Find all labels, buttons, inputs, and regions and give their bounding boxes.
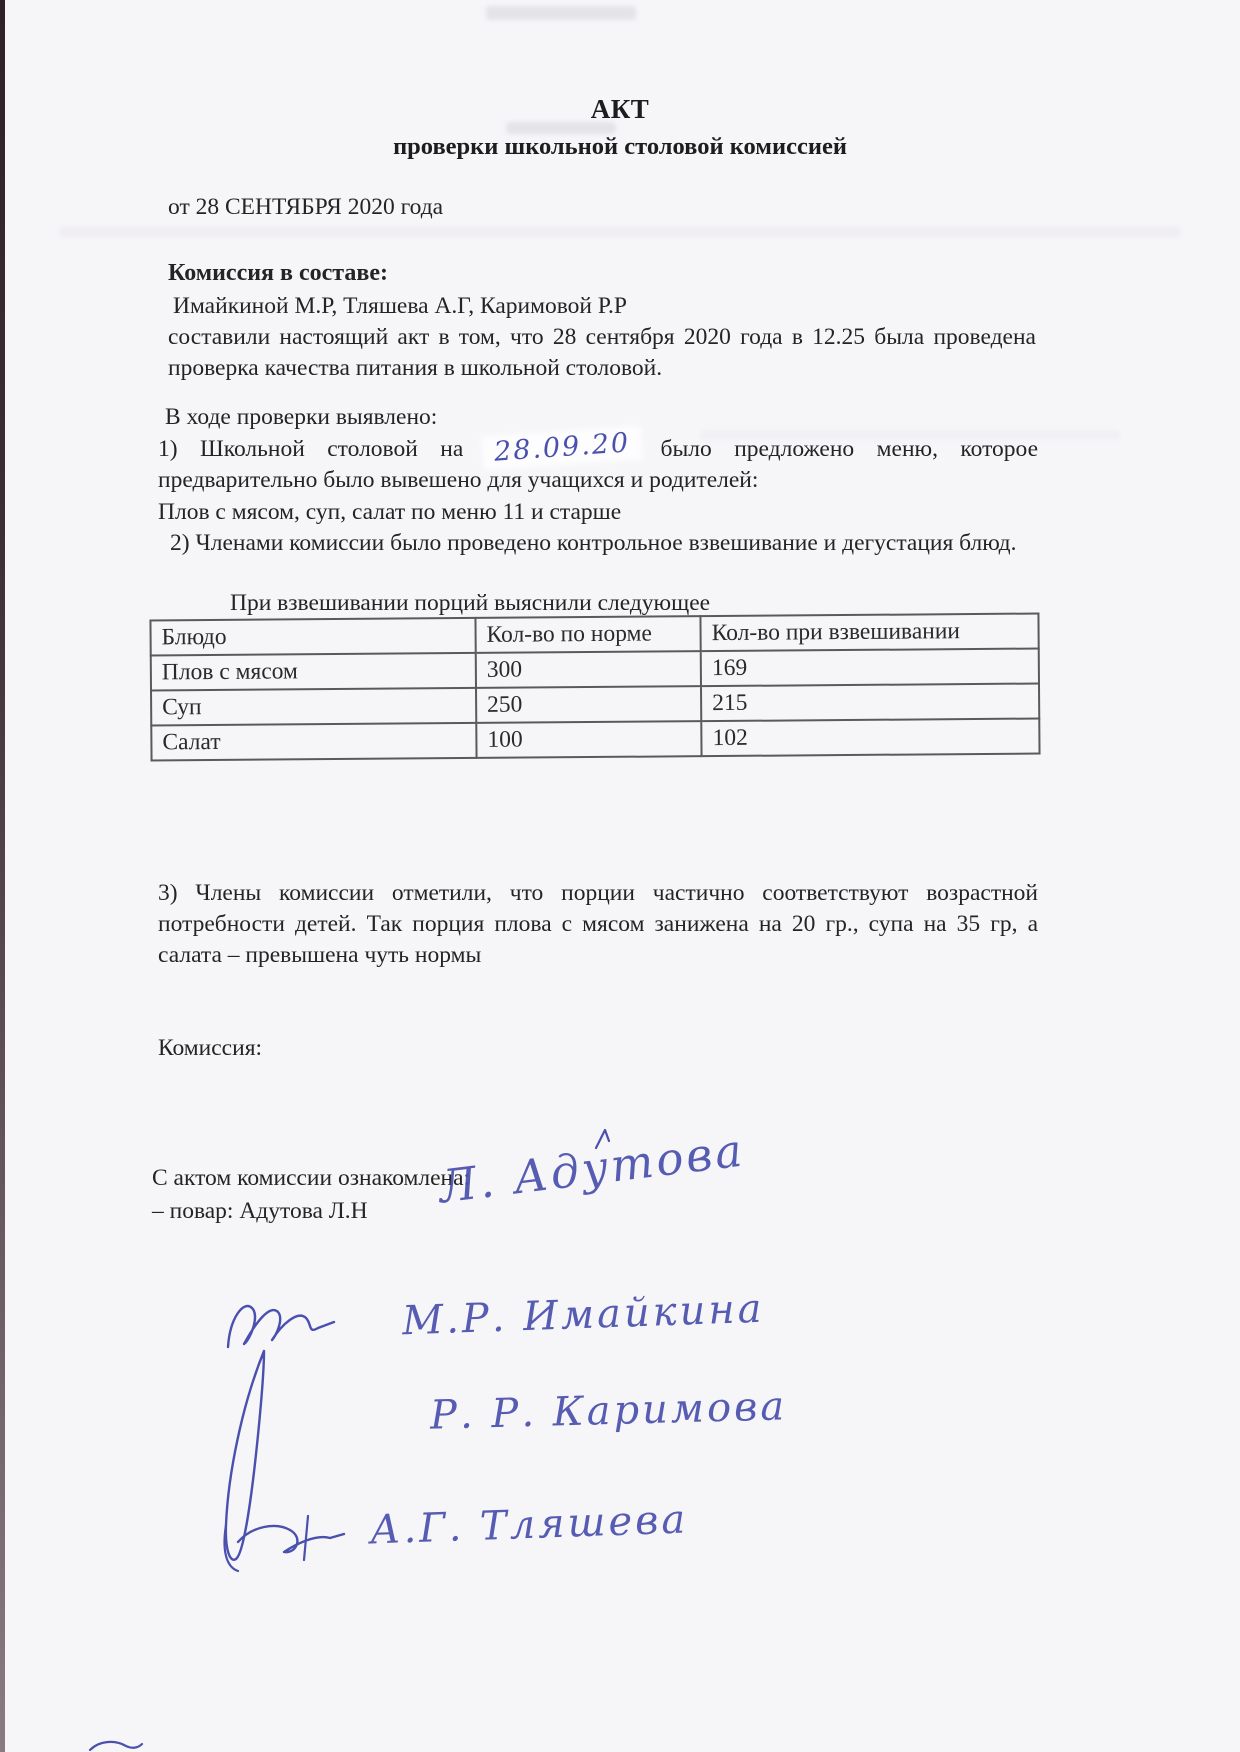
scan-artifact	[486, 6, 636, 20]
document-subtitle: проверки школьной столовой комиссией	[0, 133, 1240, 161]
cell-dish: Салат	[151, 723, 476, 761]
member-signature-handwriting: Р. Р. Каримова	[429, 1383, 787, 1438]
document-date-line: от 28 СЕНТЯБРЯ 2020 года	[168, 192, 443, 223]
finding-item-1: 1) Школьной столовой на 28.09.20 было пр…	[158, 434, 1038, 496]
cook-line: – повар: Адутова Л.Н	[152, 1196, 368, 1227]
table-row: Салат 100 102	[151, 719, 1039, 761]
header-dish: Блюдо	[150, 618, 475, 656]
cell-weighed: 102	[701, 719, 1039, 757]
commission-members: Имайкиной М.Р, Тляшева А.Г, Каримовой Р.…	[173, 291, 627, 322]
cell-norm: 300	[476, 651, 701, 688]
cell-weighed: 169	[701, 649, 1039, 687]
cell-weighed: 215	[701, 684, 1039, 722]
scanned-document-page: АКТ проверки школьной столовой комиссией…	[0, 0, 1240, 1752]
cell-norm: 250	[476, 686, 701, 723]
intro-paragraph: составили настоящий акт в том, что 28 се…	[168, 322, 1036, 384]
scan-artifact	[60, 226, 1180, 238]
scan-edge-shadow	[0, 0, 5, 1752]
member-signature-handwriting: М.Р. Имайкина	[401, 1286, 765, 1345]
header-norm: Кол-во по норме	[475, 616, 700, 653]
findings-heading: В ходе проверки выявлено:	[165, 402, 437, 433]
weighing-table-caption: При взвешивании порций выяснили следующе…	[230, 588, 710, 619]
cell-dish: Суп	[151, 688, 476, 726]
weighing-table: Блюдо Кол-во по норме Кол-во при взвешив…	[149, 613, 1040, 762]
finding-item-3: 3) Члены комиссии отметили, что порции ч…	[158, 878, 1038, 971]
bottom-ink-mark-icon	[86, 1736, 146, 1752]
weighing-table-wrapper: Блюдо Кол-во по норме Кол-во при взвешив…	[150, 616, 1040, 758]
commission-label: Комиссия:	[158, 1033, 262, 1064]
document-title: АКТ	[0, 94, 1240, 125]
signature-scribble-icon	[232, 1508, 352, 1568]
menu-line: Плов с мясом, суп, салат по меню 11 и ст…	[158, 497, 621, 528]
finding-item-1-prefix: 1) Школьной столовой на	[158, 436, 463, 462]
handwritten-date: 28.09.20	[485, 430, 639, 467]
cell-dish: Плов с мясом	[151, 653, 476, 691]
finding-item-2: 2) Членами комиссии было проведено контр…	[158, 528, 1038, 559]
commission-heading: Комиссия в составе:	[168, 258, 388, 289]
acknowledgement-line: С актом комиссии ознакомлена:	[152, 1163, 470, 1194]
header-weighed: Кол-во при взвешивании	[701, 614, 1039, 652]
cell-norm: 100	[476, 721, 701, 758]
member-signature-handwriting: А.Г. Тляшева	[369, 1496, 689, 1553]
